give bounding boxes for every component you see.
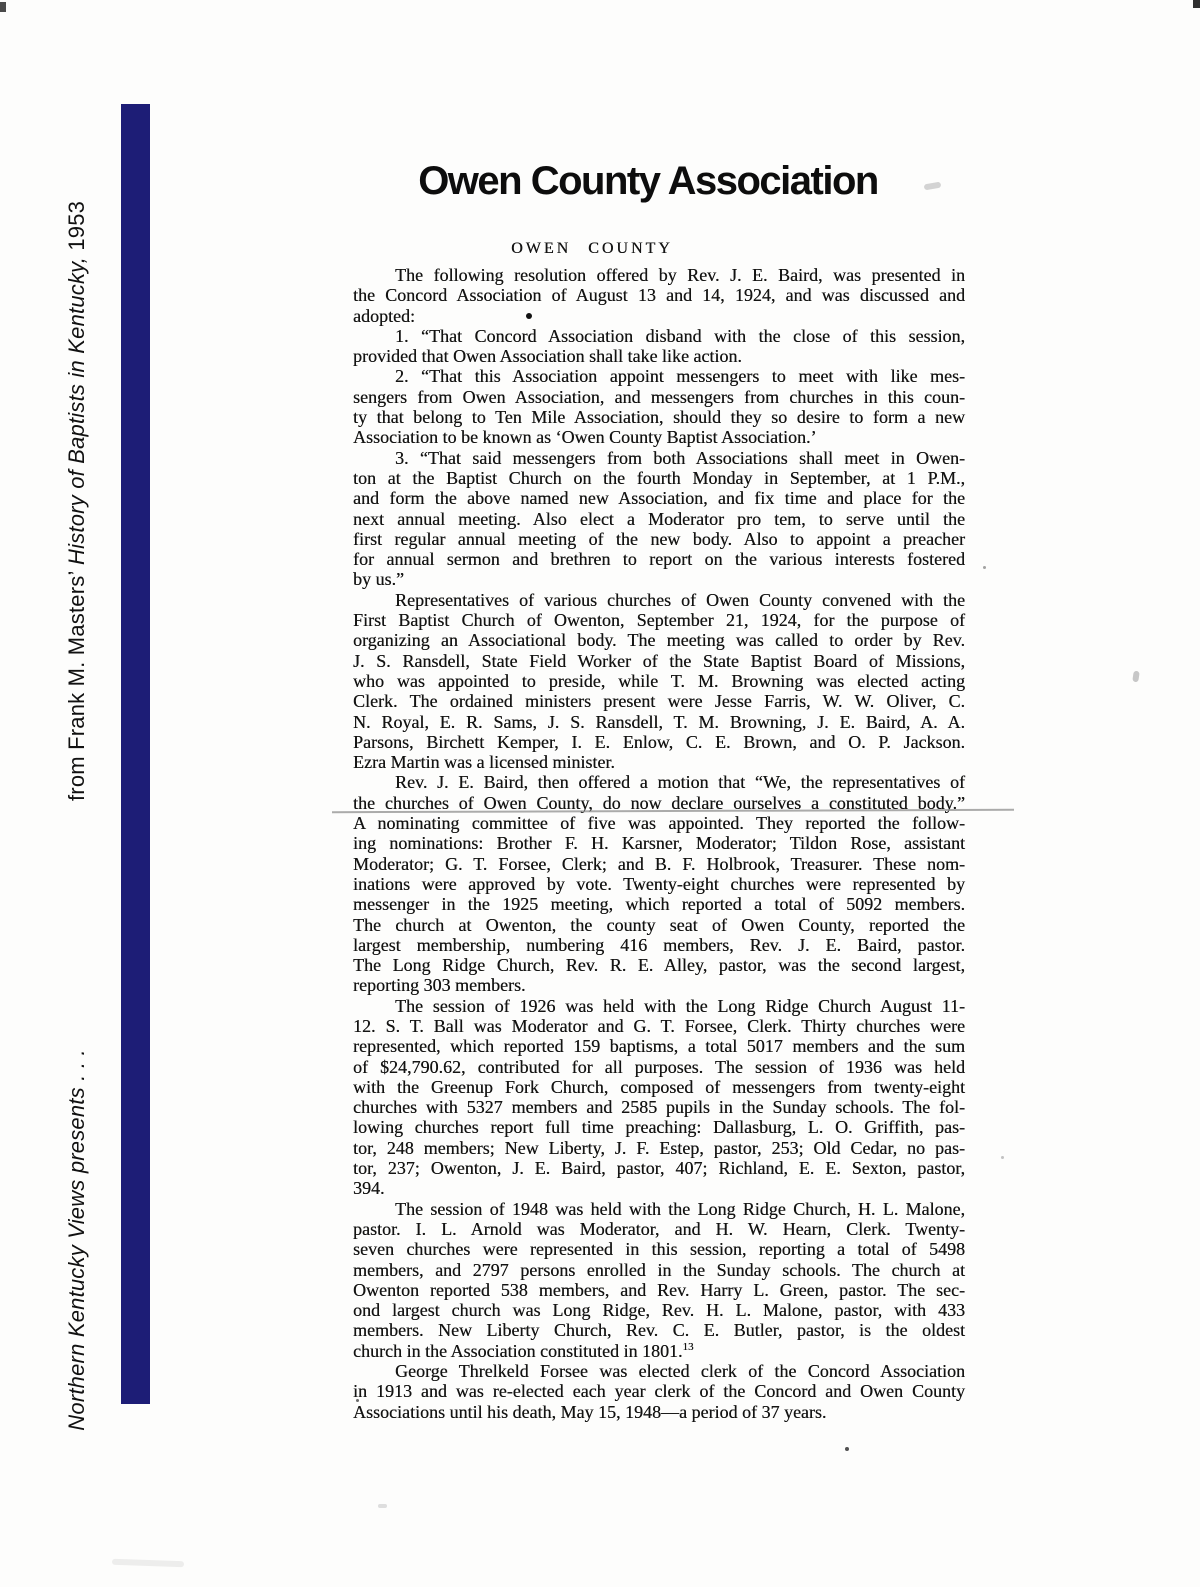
text-line: of $24,790.62, contributed for all purpo… [353,1057,965,1077]
text-line: provided that Owen Association shall tak… [353,346,965,366]
scanned-document-page: from Frank M. Masters’ History of Baptis… [0,0,1200,1587]
text-line: church in the Association constituted in… [353,1341,965,1361]
text-line: J. S. Ransdell, State Field Worker of th… [353,651,965,671]
text-line: Associations until his death, May 15, 19… [353,1402,965,1422]
text-line: the Concord Association of August 13 and… [353,285,965,305]
scan-speck [1001,1156,1004,1159]
text-line: 2. “That this Association appoint messen… [353,366,965,386]
text-line: 394. [353,1178,965,1198]
text-line: ing nominations: Brother F. H. Karsner, … [353,833,965,853]
accent-bar [121,104,150,1404]
scan-smudge [112,1559,184,1568]
source-credit-book-title: History of Baptists in Kentucky, [64,257,89,565]
text-line: and form the above named new Association… [353,488,965,508]
text-line: inations were approved by vote. Twenty-e… [353,874,965,894]
text-line: messenger in the 1925 meeting, which rep… [353,894,965,914]
scan-speck [845,1447,849,1451]
text-line: for annual sermon and brethren to report… [353,549,965,569]
text-line: Association to be known as ‘Owen County … [353,427,965,447]
text-line: 12. S. T. Ball was Moderator and G. T. F… [353,1016,965,1036]
source-credit-prefix: from Frank M. Masters’ [64,565,89,801]
text-line: tor, 237; Owenton, J. E. Baird, pastor, … [353,1158,965,1178]
text-line: ton at the Baptist Church on the fourth … [353,468,965,488]
text-line: Moderator; G. T. Forsee, Clerk; and B. F… [353,854,965,874]
text-line: reporting 303 members. [353,975,965,995]
text-line: represented, which reported 159 baptisms… [353,1036,965,1056]
text-line: tor, 248 members; New Liberty, J. F. Est… [353,1138,965,1158]
text-line: Representatives of various churches of O… [353,590,965,610]
text-line: Clerk. The ordained ministers present we… [353,691,965,711]
text-line: pastor. I. L. Arnold was Moderator, and … [353,1219,965,1239]
text-line: sengers from Owen Association, and messe… [353,387,965,407]
text-line: A nominating committee of five was appoi… [353,813,965,833]
text-line: The session of 1948 was held with the Lo… [353,1199,965,1219]
text-line: Owenton reported 538 members, and Rev. H… [353,1280,965,1300]
paragraph: Rev. J. E. Baird, then offered a motion … [353,772,965,995]
text-line: The following resolution offered by Rev.… [353,265,965,285]
scan-mark [1132,671,1139,683]
text-line: N. Royal, E. R. Sams, J. S. Ransdell, T.… [353,712,965,732]
text-line: by us.” [353,569,965,589]
text-line: Parsons, Birchett Kemper, I. E. Enlow, C… [353,732,965,752]
text-line: largest membership, numbering 416 member… [353,935,965,955]
text-line: organizing an Associational body. The me… [353,630,965,650]
paragraph: Representatives of various churches of O… [353,590,965,773]
text-line: ond largest church was Long Ridge, Rev. … [353,1300,965,1320]
text-line: with the Greenup Fork Church, composed o… [353,1077,965,1097]
scan-edge-mark [0,2,6,12]
text-line: members, and 2797 persons enrolled in th… [353,1260,965,1280]
text-line: First Baptist Church of Owenton, Septemb… [353,610,965,630]
text-line: seven churches were represented in this … [353,1239,965,1259]
text-line: 3. “That said messengers from both Assoc… [353,448,965,468]
paragraph: The session of 1948 was held with the Lo… [353,1199,965,1361]
text-line: churches with 5327 members and 2585 pupi… [353,1097,965,1117]
source-credit-year: 1953 [64,201,89,257]
text-line: George Threlkeld Forsee was elected cler… [353,1361,965,1381]
text-line: in 1913 and was re-elected each year cle… [353,1381,965,1401]
scan-speck [983,566,986,569]
scan-edge-mark [1193,0,1200,8]
paragraph: The following resolution offered by Rev.… [353,265,965,326]
section-heading: OWEN COUNTY [292,240,892,258]
document-body: The following resolution offered by Rev.… [353,265,965,1422]
text-line: first regular annual meeting of the new … [353,529,965,549]
text-line: 1. “That Concord Association disband wit… [353,326,965,346]
text-line: Rev. J. E. Baird, then offered a motion … [353,772,965,792]
text-line: The session of 1926 was held with the Lo… [353,996,965,1016]
paragraph: 2. “That this Association appoint messen… [353,366,965,447]
text-line: next annual meeting. Also elect a Modera… [353,509,965,529]
text-line: members. New Liberty Church, Rev. C. E. … [353,1320,965,1340]
paragraph: The session of 1926 was held with the Lo… [353,996,965,1199]
paragraph: George Threlkeld Forsee was elected cler… [353,1361,965,1422]
text-line: The Long Ridge Church, Rev. R. E. Alley,… [353,955,965,975]
sidebar-source-credit: from Frank M. Masters’ History of Baptis… [64,221,90,801]
text-line: the churches of Owen County, do now decl… [353,793,965,813]
text-line: adopted: [353,306,965,326]
text-line: who was appointed to preside, while T. M… [353,671,965,691]
document-title: Owen County Association [333,160,963,202]
text-line: lowing churches report full time preachi… [353,1117,965,1137]
paragraph: 1. “That Concord Association disband wit… [353,326,965,367]
paragraph: 3. “That said messengers from both Assoc… [353,448,965,590]
text-line: The church at Owenton, the county seat o… [353,915,965,935]
sidebar-presenter-credit: Northern Kentucky Views presents . . . [64,1035,90,1445]
text-line: Ezra Martin was a licensed minister. [353,752,965,772]
scan-speck [378,1504,387,1508]
text-line: ty that belong to Ten Mile Association, … [353,407,965,427]
